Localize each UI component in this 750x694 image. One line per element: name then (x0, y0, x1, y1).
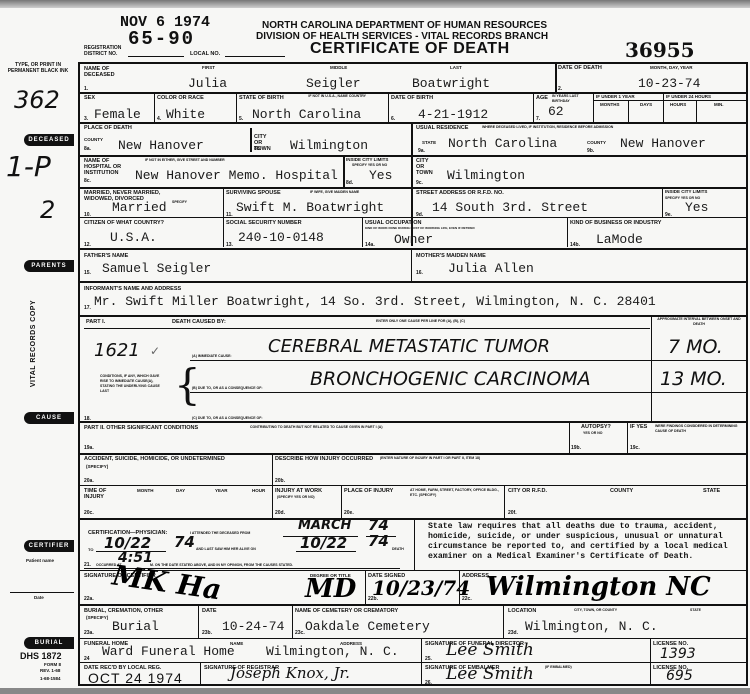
under-24-hours-label: IF UNDER 24 HOURS (666, 94, 711, 99)
item-19a: 19a. (84, 445, 94, 451)
row-line (78, 604, 748, 606)
age-value: 62 (548, 104, 564, 119)
item-23a: 23a. (84, 630, 94, 636)
item-19c: 19c. (630, 445, 640, 451)
divider (555, 62, 557, 92)
divider (200, 662, 201, 686)
item-23d: 23d. (508, 630, 518, 636)
divider (650, 638, 651, 684)
location-state-label: STATE (690, 608, 701, 613)
divider (154, 92, 155, 122)
location-label: LOCATION (508, 608, 536, 614)
degree-value: MD (305, 574, 356, 604)
location-value: Wilmington, N. C. (525, 619, 658, 634)
burial-date-value: 10-24-74 (222, 619, 284, 634)
date-of-death-sub: MONTH, DAY, YEAR (650, 65, 693, 70)
occupation-sub: KIND OF WORK DONE DURING MOST OF WORKING… (365, 226, 565, 231)
res-state-value: North Carolina (448, 136, 557, 151)
age-sub: IN YEARS LAST BIRTHDAY (552, 94, 592, 104)
certificate-title: CERTIFICATE OF DEATH (310, 40, 510, 58)
months-label: MONTHS (600, 102, 620, 107)
divider (292, 604, 293, 638)
medical-examiner-notice: State law requires that all deaths due t… (428, 522, 744, 562)
if-yes-label: IF YES (630, 424, 647, 430)
item-9b: 9b. (587, 148, 594, 154)
street-label: STREET ADDRESS OR R.F.D. No. (416, 190, 504, 196)
disposition-value: Burial (112, 619, 159, 634)
last-label: LAST (450, 65, 462, 70)
form-id: DHS 1872 (20, 651, 62, 661)
margin-note-2: 2 (40, 196, 55, 224)
disposition-label: BURIAL, CREMATION, OTHER (84, 608, 163, 614)
autopsy-sub: YES OR NO (583, 431, 602, 436)
min-label: MIN. (714, 102, 724, 107)
middle-label: MIDDLE (330, 65, 347, 70)
res-city-value: Wilmington (447, 168, 525, 183)
interval-line (651, 392, 746, 393)
res-county-label: COUNTY (587, 140, 606, 145)
citizen-label: CITIZEN OF WHAT COUNTRY? (84, 220, 164, 226)
row-line (78, 281, 748, 283)
bracket-icon: { (174, 364, 201, 406)
divider (362, 217, 363, 247)
item-9c: 9c. (416, 180, 423, 186)
divider (696, 100, 697, 122)
hospital-value: New Hanover Memo. Hospital (135, 168, 338, 183)
interval-divider (651, 315, 652, 421)
injury-county-label: COUNTY (610, 488, 633, 494)
day-label: DAY (176, 488, 185, 493)
item-8d: 8d. (346, 180, 353, 186)
last-saw-value: 10/22 (300, 534, 347, 552)
item-19b: 19b. (571, 445, 581, 451)
pod-inside-limits-value: Yes (369, 168, 392, 183)
time-of-injury-label: TIME OF INJURY (84, 488, 114, 500)
sub-divider (593, 100, 748, 101)
district-line (128, 56, 184, 57)
due-to-b-label: (b) DUE TO, OR AS A CONSEQUENCE OF: (192, 386, 263, 391)
at-work-label: INJURY AT WORK (275, 488, 322, 494)
row-line (78, 122, 748, 124)
row-line (78, 217, 748, 218)
ssn-value: 240-10-0148 (238, 230, 324, 245)
pod-county-label: COUNTY (84, 137, 103, 142)
divider (198, 604, 199, 638)
notice-divider (414, 518, 415, 570)
tab-deceased: DECEASED (24, 134, 74, 146)
citizen-value: U.S.A. (110, 230, 157, 245)
first-name-value: Julia (188, 76, 227, 91)
item-20d: 20d. (275, 510, 285, 516)
days-label: DAYS (640, 102, 652, 107)
form-bottom-border (78, 684, 748, 686)
item-8c: 8c. (84, 178, 91, 184)
marital-sub: SPECIFY (172, 200, 187, 205)
interval-line (651, 360, 746, 361)
director-signature: Lee Smith (446, 640, 534, 660)
dob-value: 4-21-1912 (418, 107, 488, 122)
occupation-value: Owner (394, 232, 433, 247)
item-20c: 20c. (84, 510, 94, 516)
date-sub-label: Date (34, 595, 44, 600)
immediate-cause-label: (a) IMMEDIATE CAUSE: (192, 354, 232, 359)
usual-residence-sub: WHERE DECEASED LIVED, IF INSTITUTION, RE… (482, 125, 613, 130)
row-line (78, 92, 748, 94)
res-inside-limits-label: INSIDE CITY LIMITS (665, 189, 707, 194)
dob-label: DATE OF BIRTH (391, 95, 433, 101)
item-22c: 22c. (462, 596, 472, 602)
divider (504, 485, 505, 519)
form-sub-3: 1-68-1584 (40, 676, 61, 681)
res-county-value: New Hanover (620, 136, 706, 151)
item-23b: 23b. (202, 630, 212, 636)
birth-state-value: North Carolina (252, 107, 361, 122)
disposition-sub: (SPECIFY) (86, 615, 108, 620)
scan-edge-bottom (0, 688, 750, 694)
age-label: AGE (536, 95, 548, 101)
immediate-cause-value: CEREBRAL METASTATIC TUMOR (268, 336, 550, 357)
year-label: YEAR (215, 488, 228, 493)
due-to-b-value: BRONCHOGENIC CARCINOMA (310, 368, 591, 390)
divider (663, 92, 664, 122)
item-8b: 8b. (254, 146, 261, 152)
hospital-label: NAME OF HOSPITAL OR INSTITUTION (84, 158, 126, 176)
informant-value: Mr. Swift Miller Boatwright, 14 So. 3rd.… (94, 294, 656, 309)
date-signed-value: 10/23/74 (372, 576, 470, 600)
immediate-interval-value: 7 MO. (668, 336, 723, 358)
row-line (78, 248, 748, 250)
part-2-sub: CONTRIBUTING TO DEATH BUT NOT RELATED TO… (250, 425, 382, 430)
divider (250, 128, 252, 152)
if-yes-sub: WERE FINDINGS CONSIDERED IN DETERMINING … (655, 424, 745, 434)
funeral-home-value: Ward Funeral Home (102, 644, 235, 659)
local-no-label: LOCAL NO. (190, 51, 220, 57)
res-city-label: CITY OR TOWN (416, 158, 436, 176)
one-cause-note: ENTER ONLY ONE CAUSE PER LINE FOR (a), (… (376, 319, 465, 324)
director-license-value: 1393 (660, 646, 696, 662)
registrar-signature: Joseph Knox, Jr. (230, 664, 350, 682)
immediate-line (190, 360, 651, 361)
scan-edge-top (0, 0, 750, 8)
place-of-injury-sub: AT HOME, FARM, STREET, FACTORY, OFFICE B… (410, 488, 505, 498)
item-20b: 20b. (275, 478, 285, 484)
location-sub: CITY, TOWN, OR COUNTY (574, 608, 617, 613)
birth-state-sub: IF NOT IN U.S.A., NAME COUNTRY (300, 94, 366, 99)
attended-from-value: MARCH (298, 518, 351, 533)
item-20f: 20f. (508, 510, 517, 516)
date-line (10, 592, 74, 593)
place-of-injury-label: PLACE OF INJURY (344, 488, 393, 494)
item-16: 16. (416, 270, 423, 276)
tab-cause: CAUSE (24, 412, 74, 424)
month-label: MONTH (137, 488, 154, 493)
divider (365, 570, 366, 604)
form-sub-2: REV. 1-68 (40, 668, 60, 673)
row-line (78, 518, 748, 520)
divider (533, 92, 534, 122)
item-20a: 20a. (84, 478, 94, 484)
hour-label: HOUR (252, 488, 265, 493)
injury-city-label: CITY OR R.F.D. (508, 488, 547, 494)
item-15: 15. (84, 270, 91, 276)
row-line (78, 638, 748, 639)
certifier-sub-label: Patient name (26, 558, 54, 563)
conditions-note: CONDITIONS, IF ANY, WHICH GAVE RISE TO I… (100, 374, 160, 394)
sex-label: SEX (84, 95, 95, 101)
due-to-b-line (190, 392, 651, 393)
describe-sub: (ENTER NATURE OF INJURY IN PART I OR PAR… (380, 456, 480, 461)
row-line (78, 155, 748, 157)
ink-instruction: TYPE, OR PRINT IN PERMANENT BLACK INK (6, 62, 70, 74)
divider (628, 100, 629, 122)
date-of-death-label: DATE OF DEATH (558, 65, 602, 71)
row-line (78, 187, 748, 189)
divider (272, 453, 273, 519)
first-label: FIRST (202, 65, 215, 70)
divider (388, 92, 389, 122)
autopsy-label: AUTOPSY? (581, 424, 611, 430)
divider (569, 421, 570, 453)
res-state-label: STATE (422, 140, 436, 145)
tab-parents: PARENTS (24, 260, 74, 272)
mother-value: Julia Allen (448, 261, 534, 276)
part1-rule (84, 328, 650, 329)
certificate-number: 36955 (625, 38, 695, 62)
last-saw-text: AND LAST SAW HIM HER ALIVE ON (196, 547, 256, 552)
death-caused-by-label: DEATH CAUSED BY: (172, 319, 226, 325)
pod-inside-limits-label: INSIDE CITY LIMITS (346, 157, 388, 162)
describe-label: DESCRIBE HOW INJURY OCCURRED (275, 456, 373, 462)
spouse-value: Swift M. Boatwright (236, 200, 384, 215)
divider (567, 217, 568, 247)
last-name-value: Boatwright (412, 76, 490, 91)
embalmer-license-value: 695 (666, 668, 693, 684)
pod-county-value: New Hanover (118, 138, 204, 153)
row-top-line (78, 62, 748, 64)
address-label: ADDRESS (462, 573, 489, 579)
divider (503, 604, 504, 638)
cemetery-value: Oakdale Cemetery (305, 619, 430, 634)
item-22a: 22a. (84, 596, 94, 602)
father-label: FATHER'S NAME (84, 253, 128, 259)
item-8a: 8a. (84, 146, 91, 152)
last-saw-line (296, 551, 356, 552)
street-value: 14 South 3rd. Street (432, 200, 588, 215)
at-work-sub: (SPECIFY YES OR NO) (277, 495, 315, 500)
spouse-sub: IF WIFE, GIVE MAIDEN NAME (310, 190, 359, 195)
part-2-label: PART II. OTHER SIGNIFICANT CONDITIONS (84, 425, 198, 431)
row-line (78, 315, 748, 317)
registration-number: 65-90 (128, 28, 195, 50)
hospital-sub: IF NOT IN EITHER, GIVE STREET AND NUMBER (145, 158, 225, 163)
business-value: LaMode (596, 232, 643, 247)
race-value: White (166, 107, 205, 122)
registration-district-label: REGISTRATION DISTRICT NO. (84, 45, 124, 57)
due-to-b-interval-value: 13 MO. (660, 368, 727, 390)
row-line (78, 453, 748, 455)
form-left-border (78, 64, 80, 684)
cemetery-label: NAME OF CEMETERY OR CREMATORY (295, 608, 398, 614)
vital-records-copy-label: VITAL RECORDS COPY (30, 300, 37, 387)
business-label: KIND OF BUSINESS OR INDUSTRY (570, 220, 661, 226)
date-of-death-value: 10-23-74 (638, 76, 700, 91)
divider (662, 187, 663, 217)
divider (459, 570, 460, 604)
row-line (78, 662, 748, 663)
divider (411, 248, 412, 281)
item-9a: 9a. (418, 148, 425, 154)
cause-code: 1621 (94, 340, 140, 361)
informant-label: INFORMANT'S NAME AND ADDRESS (84, 286, 181, 292)
embalmer-signature: Lee Smith (446, 664, 534, 684)
form-sub-1: FORM 8 (44, 662, 61, 667)
local-line (225, 56, 285, 57)
item-23c: 23c. (295, 630, 305, 636)
father-value: Samuel Seigler (102, 261, 211, 276)
tab-certifier: CERTIFIER (24, 540, 74, 552)
row-line (78, 421, 748, 423)
divider (343, 155, 345, 187)
last-saw-year: 74 (368, 532, 389, 550)
attended-text: I ATTENDED THE DECEASED FROM (190, 531, 250, 536)
race-label: COLOR OR RACE (157, 95, 204, 101)
injury-state-label: STATE (703, 488, 720, 494)
death-text: DEATH (392, 547, 404, 552)
interval-label: APPROXIMATE INTERVAL BETWEEN ONSET AND D… (654, 317, 744, 327)
item-20e: 20e. (344, 510, 354, 516)
hours-label: HOURS (670, 102, 686, 107)
divider (593, 92, 594, 122)
attended-to-year: 74 (174, 533, 195, 551)
pod-city-value: Wilmington (290, 138, 368, 153)
mother-label: MOTHER'S MAIDEN NAME (416, 253, 486, 259)
middle-name-value: Seigler (306, 76, 361, 91)
usual-residence-label: USUAL RESIDENCE (416, 125, 468, 131)
item-17: 17. (84, 305, 91, 311)
margin-note-362: 362 (14, 86, 60, 114)
under-1-year-label: IF UNDER 1 YEAR (596, 94, 635, 99)
birth-state-label: STATE OF BIRTH (239, 95, 284, 101)
res-inside-limits-value: Yes (685, 200, 708, 215)
margin-note-1p: 1-P (6, 150, 51, 183)
accident-sub: (SPECIFY) (86, 464, 108, 469)
name-of-deceased-label: NAME OF DECEASED (84, 66, 124, 78)
divider (236, 92, 237, 122)
check-mark-icon: ✓ (150, 344, 160, 358)
divider (627, 421, 628, 453)
accident-label: ACCIDENT, SUICIDE, HOMICIDE, OR UNDETERM… (84, 456, 225, 462)
ssn-label: SOCIAL SECURITY NUMBER (226, 220, 302, 226)
part-1-label: PART I. (86, 319, 105, 325)
sex-value: Female (94, 107, 141, 122)
embalmer-sub: (IF EMBALMED) (545, 665, 572, 670)
divider (421, 638, 422, 684)
place-of-death-label: PLACE OF DEATH (84, 125, 132, 131)
tab-burial: BURIAL (24, 637, 74, 649)
divider (341, 485, 342, 519)
burial-date-label: DATE (202, 608, 217, 614)
marital-value: Married (112, 200, 167, 215)
row-line (78, 485, 748, 486)
funeral-home-address-value: Wilmington, N. C. (266, 644, 399, 659)
to-text: TO (88, 547, 93, 552)
spouse-label: SURVIVING SPOUSE (226, 190, 281, 196)
certifier-address-value: Wilmington NC (486, 572, 711, 602)
agency-line-1: NORTH CAROLINA DEPARTMENT OF HUMAN RESOU… (262, 20, 547, 31)
